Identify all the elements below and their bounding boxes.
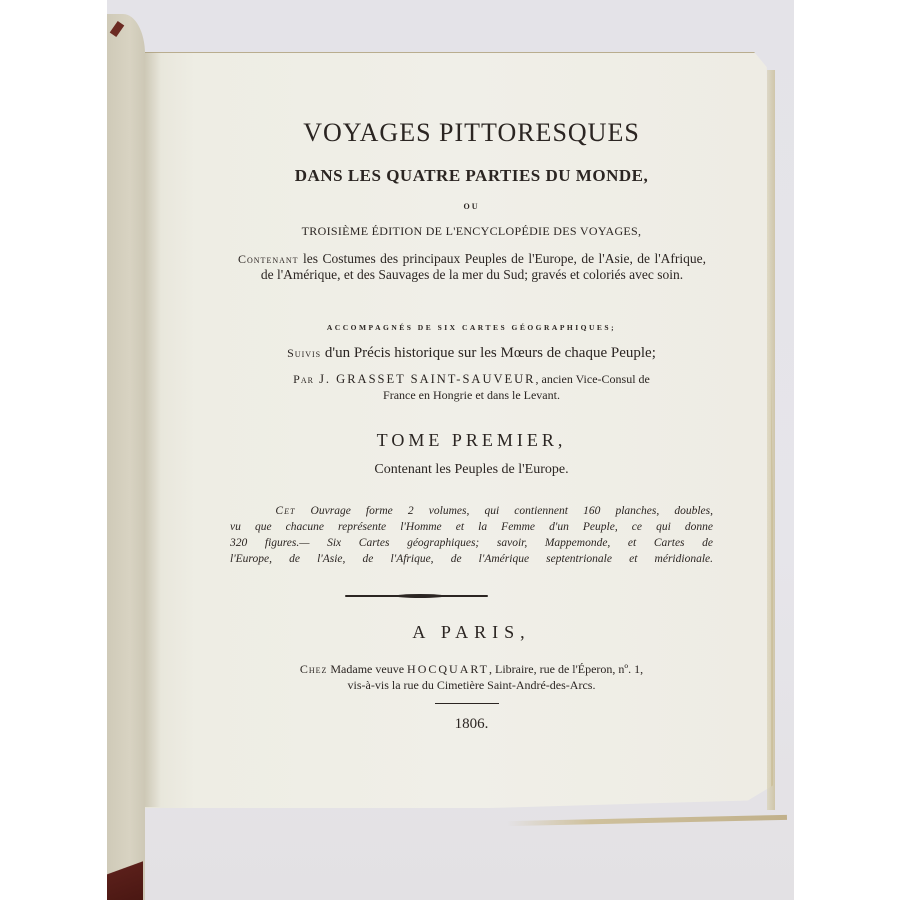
work-note-lead: Cet <box>275 505 295 517</box>
work-note-line-4: l'Europe, de l'Asie, de l'Afrique, de l'… <box>230 551 713 567</box>
contents-description: Contenant les Costumes des principaux Pe… <box>238 251 706 283</box>
author-line: Par J. GRASSET SAINT-SAUVEUR, ancien Vic… <box>230 372 713 387</box>
edition-line: TROISIÈME ÉDITION DE L'ENCYCLOPÉDIE DES … <box>230 224 713 239</box>
suivis-text: d'un Précis historique sur les Mœurs de … <box>321 345 656 361</box>
work-note-line-1: Cet Ouvrage forme 2 volumes, qui contien… <box>230 503 713 519</box>
imprint-address-line2: vis-à-vis la rue du Cimetière Saint-Andr… <box>230 678 713 693</box>
author-lead: Par <box>293 372 314 386</box>
imprint-address: , Libraire, rue de l'Éperon, nº. 1, <box>489 662 643 676</box>
publication-year: 1806. <box>230 716 713 733</box>
book-title: VOYAGES PITTORESQUES <box>230 118 713 148</box>
short-rule <box>435 703 499 704</box>
book-photo: VOYAGES PITTORESQUES DANS LES QUATRE PAR… <box>107 0 794 900</box>
book-subtitle: DANS LES QUATRE PARTIES DU MONDE, <box>230 166 713 186</box>
suivis-lead: Suivis <box>287 346 321 360</box>
work-note-line-2: vu que chacune représente l'Homme et la … <box>230 519 713 535</box>
volume-title: TOME PREMIER, <box>230 430 713 451</box>
ornamental-rule <box>345 595 488 597</box>
book-front-cover <box>107 14 145 900</box>
author-role: , ancien Vice-Consul de <box>536 372 650 386</box>
volume-contents: Contenant les Peuples de l'Europe. <box>230 462 713 478</box>
work-note-line-1-text: Ouvrage forme 2 volumes, qui contiennent… <box>295 505 713 517</box>
imprint-city: A PARIS, <box>230 622 713 643</box>
conjunction-ou: OU <box>230 202 713 211</box>
page-edge-right <box>767 70 775 810</box>
maps-note: ACCOMPAGNÉS DE SIX CARTES GÉOGRAPHIQUES; <box>230 323 713 332</box>
publisher-name: HOCQUART <box>407 662 489 676</box>
description-text: les Costumes des principaux Peuples de l… <box>261 251 706 282</box>
historical-summary-line: Suivis d'un Précis historique sur les Mœ… <box>230 345 713 362</box>
work-note: Cet Ouvrage forme 2 volumes, qui contien… <box>230 503 713 567</box>
description-lead: Contenant <box>238 252 299 266</box>
gutter-shadow <box>145 52 161 807</box>
leather-binding-corner-bottom <box>107 848 143 900</box>
imprint-pre: Madame veuve <box>327 662 407 676</box>
imprint-publisher-line: Chez Madame veuve HOCQUART, Libraire, ru… <box>230 662 713 677</box>
work-note-line-3: 320 figures.— Six Cartes géographiques; … <box>230 535 713 551</box>
author-role-line2: France en Hongrie et dans le Levant. <box>230 388 713 403</box>
imprint-lead: Chez <box>300 662 328 676</box>
page-edge-bottom <box>507 815 787 826</box>
author-name: J. GRASSET SAINT-SAUVEUR <box>314 372 536 386</box>
